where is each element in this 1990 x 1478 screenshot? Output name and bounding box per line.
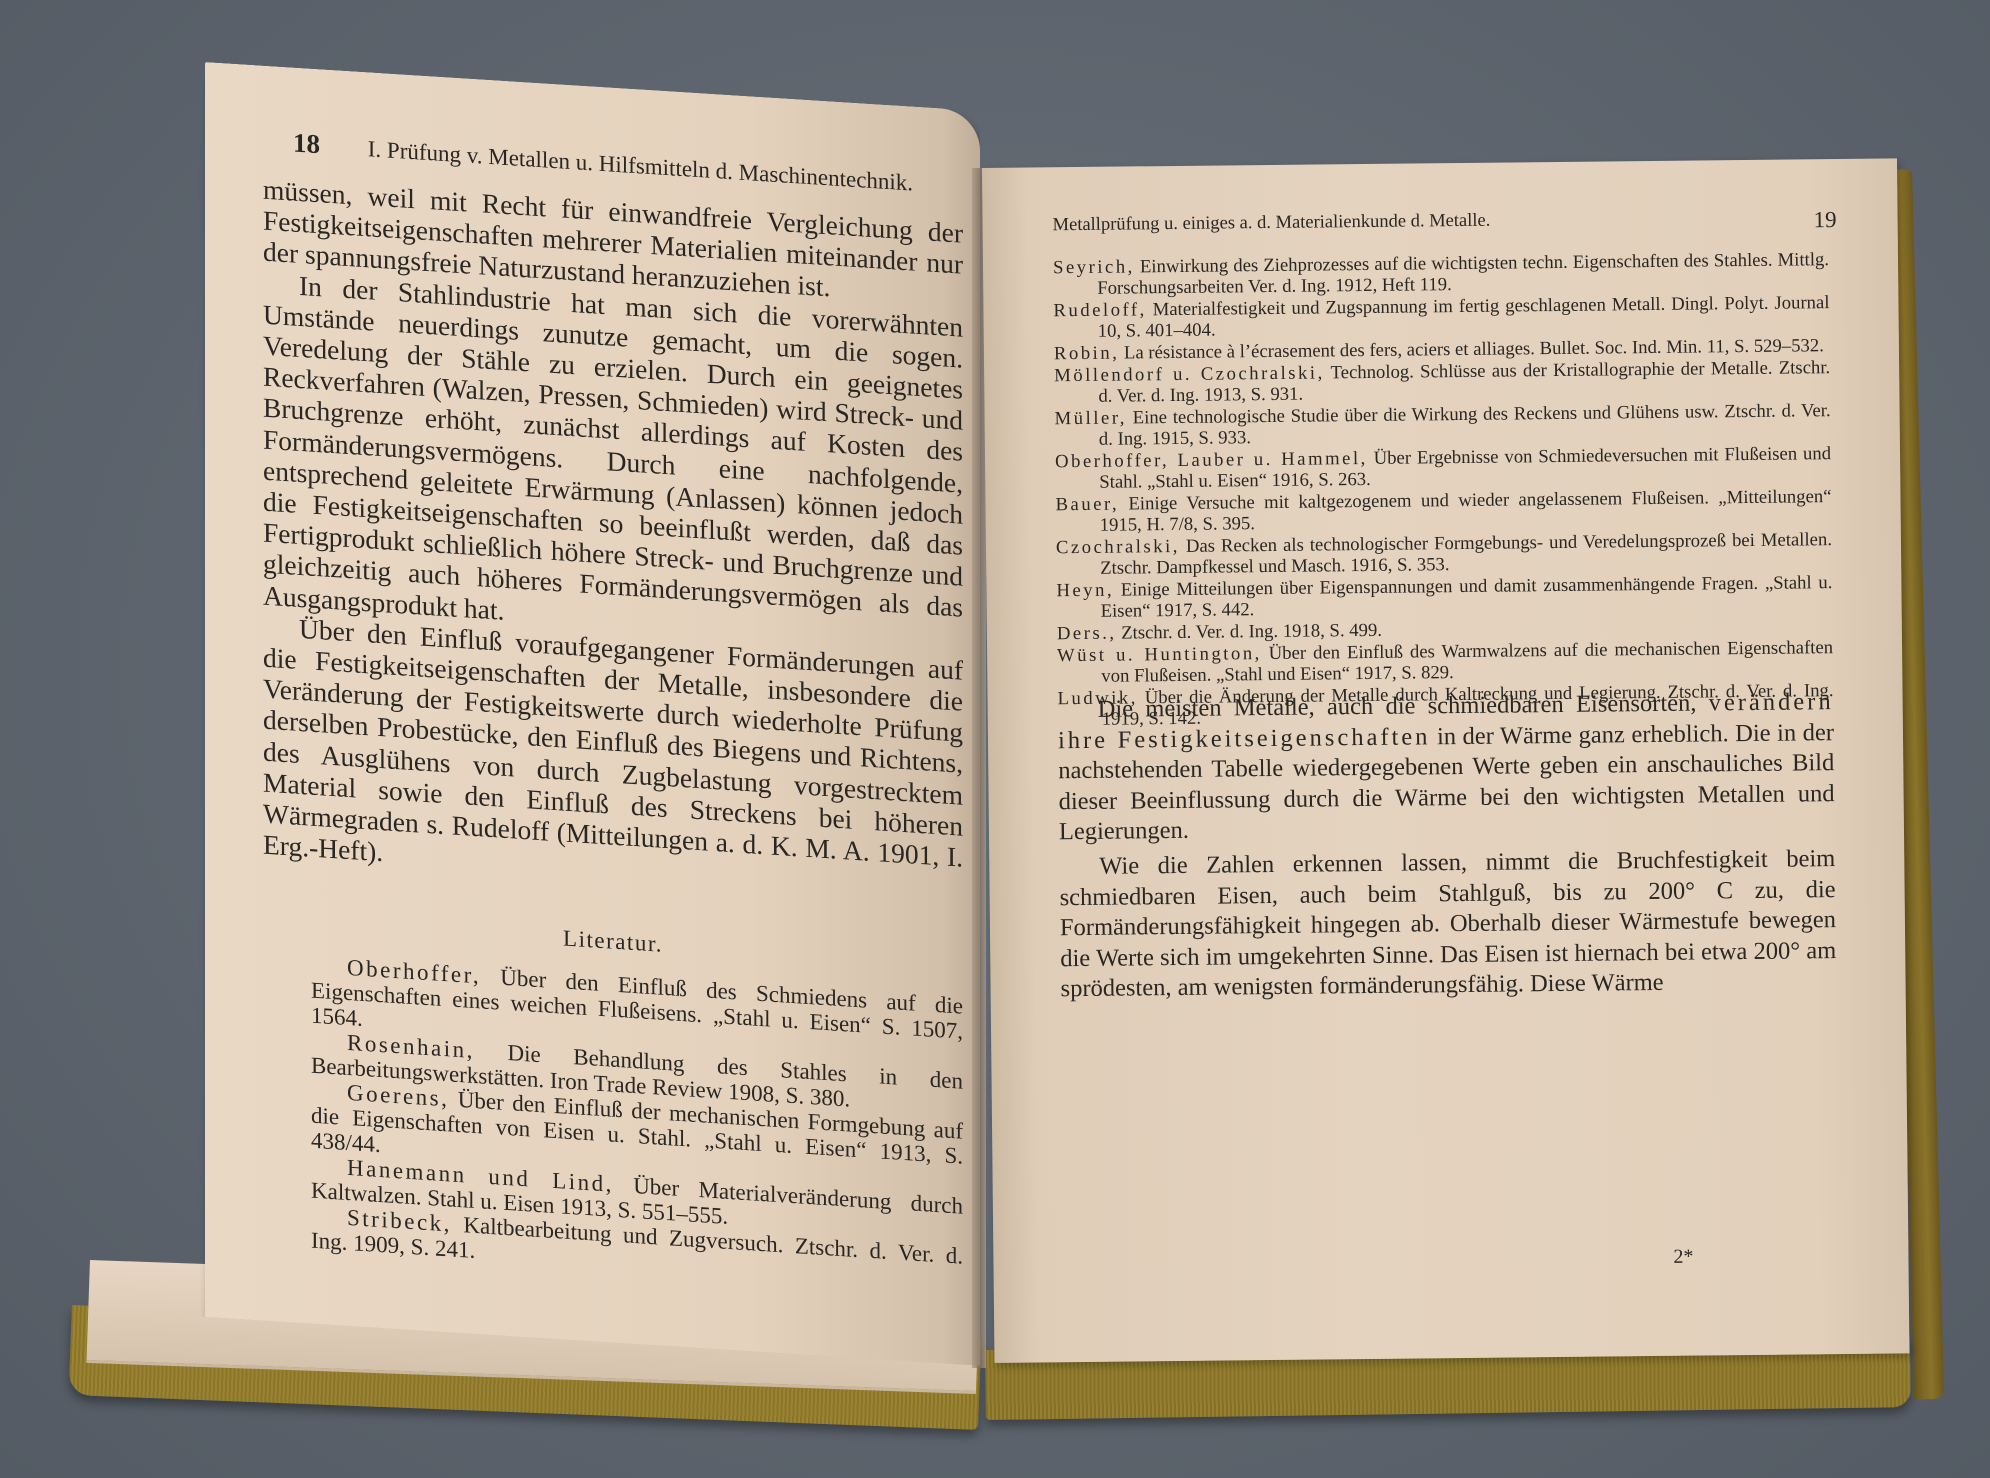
paragraph-text: Die meisten Metalle, auch die schmiedbar… <box>1098 690 1697 723</box>
reference-author: Bauer, <box>1055 494 1119 516</box>
reference-item: Bauer, Einige Versuche mit kaltgezogenem… <box>1055 486 1831 536</box>
reference-list-right: Seyrich, Einwirkung des Ziehprozesses au… <box>1053 249 1834 731</box>
book-scene: 18 I. Prüfung v. Metallen u. Hilfsmittel… <box>0 0 1990 1478</box>
paragraph: In der Stahlindustrie hat man sich die v… <box>263 267 963 654</box>
page-number-right: 19 <box>1813 207 1836 233</box>
reference-item: Müller, Eine technologische Studie über … <box>1055 400 1831 450</box>
reference-author: Wüst u. Huntington, <box>1057 643 1262 666</box>
reference-author: Czochralski, <box>1056 536 1180 558</box>
page-number-left: 18 <box>293 128 320 160</box>
reference-author: Rudeloff, <box>1053 299 1146 321</box>
reference-list-left: Oberhoffer, Über den Einfluß des Schmied… <box>263 949 963 1293</box>
reference-text: Einwirkung des Ziehprozesses auf die wic… <box>1097 249 1829 299</box>
page-18: 18 I. Prüfung v. Metallen u. Hilfsmittel… <box>205 62 980 1366</box>
paragraph: Wie die Zahlen erkennen lassen, nimmt di… <box>1059 844 1837 1005</box>
reference-author: Seyrich, <box>1053 256 1135 278</box>
body-text-right: Die meisten Metalle, auch die schmiedbar… <box>1058 687 1837 1009</box>
reference-item: Wüst u. Huntington, Über den Einfluß des… <box>1057 637 1833 687</box>
reference-text: Das Recken als technologischer Formgebun… <box>1100 529 1832 579</box>
reference-author: Heyn, <box>1056 580 1114 602</box>
reference-item: Czochralski, Das Recken als technologisc… <box>1056 529 1832 579</box>
reference-author: Möllendorf u. Czochralski, <box>1054 362 1325 386</box>
reference-text: Eine technologische Studie über die Wirk… <box>1099 400 1831 450</box>
paragraph: Die meisten Metalle, auch die schmiedbar… <box>1058 687 1836 848</box>
reference-item: Rudeloff, Materialfestigkeit und Zugspan… <box>1053 292 1829 342</box>
reference-text: Materialfestigkeit und Zugspannung im fe… <box>1098 292 1830 342</box>
reference-item: Möllendorf u. Czochralski, Technolog. Sc… <box>1054 357 1830 407</box>
signature-mark: 2* <box>1673 1246 1693 1269</box>
reference-item: Heyn, Einige Mitteilungen über Eigenspan… <box>1056 572 1832 622</box>
paragraph: Über den Einfluß voraufgegangener Formän… <box>263 610 963 904</box>
page-19: Metallprüfung u. einiges a. d. Materiali… <box>982 158 1909 1363</box>
reference-item: Seyrich, Einwirkung des Ziehprozesses au… <box>1053 249 1829 299</box>
running-head-title-right: Metallprüfung u. einiges a. d. Materiali… <box>1052 211 1490 242</box>
reference-author: Ders., <box>1057 623 1117 645</box>
reference-text: Einige Versuche mit kaltgezogenem und wi… <box>1100 486 1832 536</box>
reference-author: Müller, <box>1055 407 1128 429</box>
body-text-left: müssen, weil mit Recht für einwandfreie … <box>263 174 963 1294</box>
reference-text: Ztschr. d. Ver. d. Ing. 1918, S. 499. <box>1116 620 1382 644</box>
reference-author: Robin, <box>1054 343 1120 365</box>
reference-item: Oberhoffer, Lauber u. Hammel, Über Ergeb… <box>1055 443 1831 493</box>
reference-text: Einige Mitteilungen über Eigenspannungen… <box>1101 572 1833 622</box>
running-head-right: Metallprüfung u. einiges a. d. Materiali… <box>1052 207 1860 241</box>
